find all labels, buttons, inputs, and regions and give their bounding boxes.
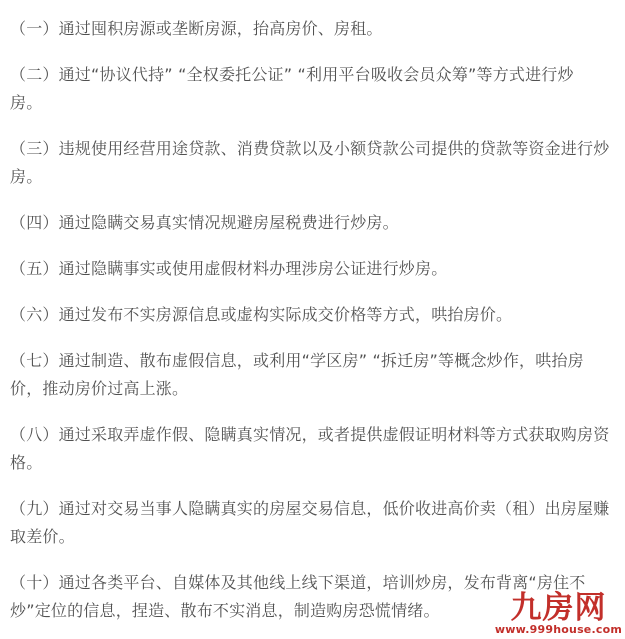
watermark-url: www.999house.com — [495, 624, 622, 635]
item-line: （一）通过囤积房源或垄断房源，抬高房价、房租。 — [10, 15, 619, 43]
site-watermark: 九房网 www.999house.com — [495, 594, 622, 635]
list-item-3: （三）违规使用经营用途贷款、消费贷款以及小额贷款公司提供的贷款等资金进行炒 房。 — [10, 135, 619, 191]
list-item-1: （一）通过囤积房源或垄断房源，抬高房价、房租。 — [10, 15, 619, 43]
item-line: 格。 — [10, 449, 619, 477]
list-item-6: （六）通过发布不实房源信息或虚构实际成交价格等方式，哄抬房价。 — [10, 301, 619, 329]
item-line: （八）通过采取弄虚作假、隐瞒真实情况，或者提供虚假证明材料等方式获取购房资 — [10, 421, 619, 449]
item-line: 房。 — [10, 163, 619, 191]
jiufangwang-logo: 九房网 — [495, 594, 622, 623]
item-line: 取差价。 — [10, 523, 619, 551]
list-item-8: （八）通过采取弄虚作假、隐瞒真实情况，或者提供虚假证明材料等方式获取购房资 格。 — [10, 421, 619, 477]
list-item-4: （四）通过隐瞒交易真实情况规避房屋税费进行炒房。 — [10, 209, 619, 237]
list-item-9: （九）通过对交易当事人隐瞒真实的房屋交易信息，低价收进高价卖（租）出房屋赚 取差… — [10, 495, 619, 551]
list-item-2: （二）通过“协议代持” “全权委托公证” “利用平台吸收会员众筹”等方式进行炒 … — [10, 61, 619, 117]
notice-body: （一）通过囤积房源或垄断房源，抬高房价、房租。 （二）通过“协议代持” “全权委… — [0, 0, 625, 625]
item-line: （五）通过隐瞒事实或使用虚假材料办理涉房公证进行炒房。 — [10, 255, 619, 283]
list-item-7: （七）通过制造、散布虚假信息，或利用“学区房” “拆迁房”等概念炒作，哄抬房 价… — [10, 347, 619, 403]
list-item-5: （五）通过隐瞒事实或使用虚假材料办理涉房公证进行炒房。 — [10, 255, 619, 283]
item-line: （三）违规使用经营用途贷款、消费贷款以及小额贷款公司提供的贷款等资金进行炒 — [10, 135, 619, 163]
item-line: （六）通过发布不实房源信息或虚构实际成交价格等方式，哄抬房价。 — [10, 301, 619, 329]
item-line: （二）通过“协议代持” “全权委托公证” “利用平台吸收会员众筹”等方式进行炒 — [10, 61, 619, 89]
item-line: 价，推动房价过高上涨。 — [10, 375, 619, 403]
item-line: （四）通过隐瞒交易真实情况规避房屋税费进行炒房。 — [10, 209, 619, 237]
item-line: 房。 — [10, 89, 619, 117]
item-line: （九）通过对交易当事人隐瞒真实的房屋交易信息，低价收进高价卖（租）出房屋赚 — [10, 495, 619, 523]
item-line: （七）通过制造、散布虚假信息，或利用“学区房” “拆迁房”等概念炒作，哄抬房 — [10, 347, 619, 375]
